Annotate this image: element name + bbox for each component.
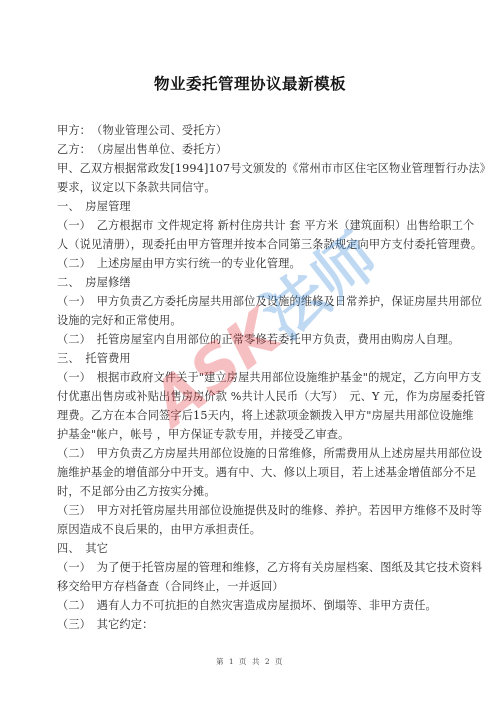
clause-line: 理费。乙方在本合同签字后15天内，将上述款项金额拨入甲方"房屋共用部位设施维 bbox=[57, 409, 474, 423]
clause-line: 人（说见清册），现委托由甲方管理并按本合同第三条款规定向甲方支付委托管理费。 bbox=[57, 238, 482, 252]
party-a-line: 甲方： （物业管理公司、受托方） bbox=[57, 124, 227, 138]
preamble-line: 甲、乙双方根据常政发[1994]107号文颁发的《常州市市区住宅区物业管理暂行办… bbox=[57, 162, 491, 176]
clause-line: 设施的完好和正常使用。 bbox=[57, 314, 182, 328]
clause-line: （二） 遇有人力不可抗拒的自然灾害造成房屋损坏、倒塌等、非甲方责任。 bbox=[57, 599, 437, 613]
document-title: 物业委托管理协议最新模板 bbox=[0, 72, 500, 94]
page-number-footer: 第 1 页 共 2 页 bbox=[0, 656, 500, 667]
clause-line: 护基金"帐户，帐号 ，甲方保证专款专用，并接受乙审查。 bbox=[57, 428, 349, 442]
clause-line: （二） 上述房屋由甲方实行统一的专业化管理。 bbox=[57, 257, 301, 271]
clause-line: 施维护基金的增值部分中开支。遇有中、大、修以上项目，若上述基金增值部分不足 bbox=[57, 466, 477, 480]
section-heading: 四、 其它 bbox=[57, 542, 108, 556]
clause-line: （一） 乙方根据市 文件规定将 新村住房共计 套 平方米（建筑面积）出售给职工个 bbox=[57, 219, 474, 233]
clause-line: 原因造成不良后果的，由甲方承担责任。 bbox=[57, 523, 261, 537]
section-heading: 二、 房屋修缮 bbox=[57, 276, 131, 290]
section-heading: 一、 房屋管理 bbox=[57, 200, 131, 214]
clause-line: （一） 根据市政府文件关于"建立房屋共用部位设施维护基金"的规定，乙方向甲方支 bbox=[57, 371, 481, 385]
clause-line: 付优惠出售房或补贴出售房房价款 %共计人民币（大写） 元、Y 元，作为房屋委托管 bbox=[57, 390, 485, 404]
document-page: 物业委托管理协议最新模板 甲方： （物业管理公司、受托方） 乙方： （房屋出售单… bbox=[0, 0, 500, 706]
clause-line: （一） 为了便于托管房屋的管理和维修，乙方将有关房屋档案、图纸及其它技术资料 bbox=[57, 561, 482, 575]
clause-line: （二） 托管房屋室内自用部位的正常零修若委托甲方负责，费用由购房人自理。 bbox=[57, 333, 460, 347]
clause-line: （三） 其它约定： bbox=[57, 618, 153, 632]
preamble-line: 要求，议定以下条款共同信守。 bbox=[57, 181, 216, 195]
clause-line: （一） 甲方负责乙方委托房屋共用部位及设施的维修及日常养护，保证房屋共用部位 bbox=[57, 295, 482, 309]
clause-line: 时，不足部分由乙方按实分摊。 bbox=[57, 485, 216, 499]
clause-line: （三） 甲方对托管房屋共用部位设施提供及时的维修、养护。若因甲方维修不及时等 bbox=[57, 504, 482, 518]
section-heading: 三、 托管费用 bbox=[57, 352, 131, 366]
clause-line: （二） 甲方负责乙方房屋共用部位设施的日常维修，所需费用从上述房屋共用部位设 bbox=[57, 447, 482, 461]
clause-line: 移交给甲方存档备查（合同终止，一并返回） bbox=[57, 580, 284, 594]
party-b-line: 乙方： （房屋出售单位、委托方） bbox=[57, 143, 227, 157]
